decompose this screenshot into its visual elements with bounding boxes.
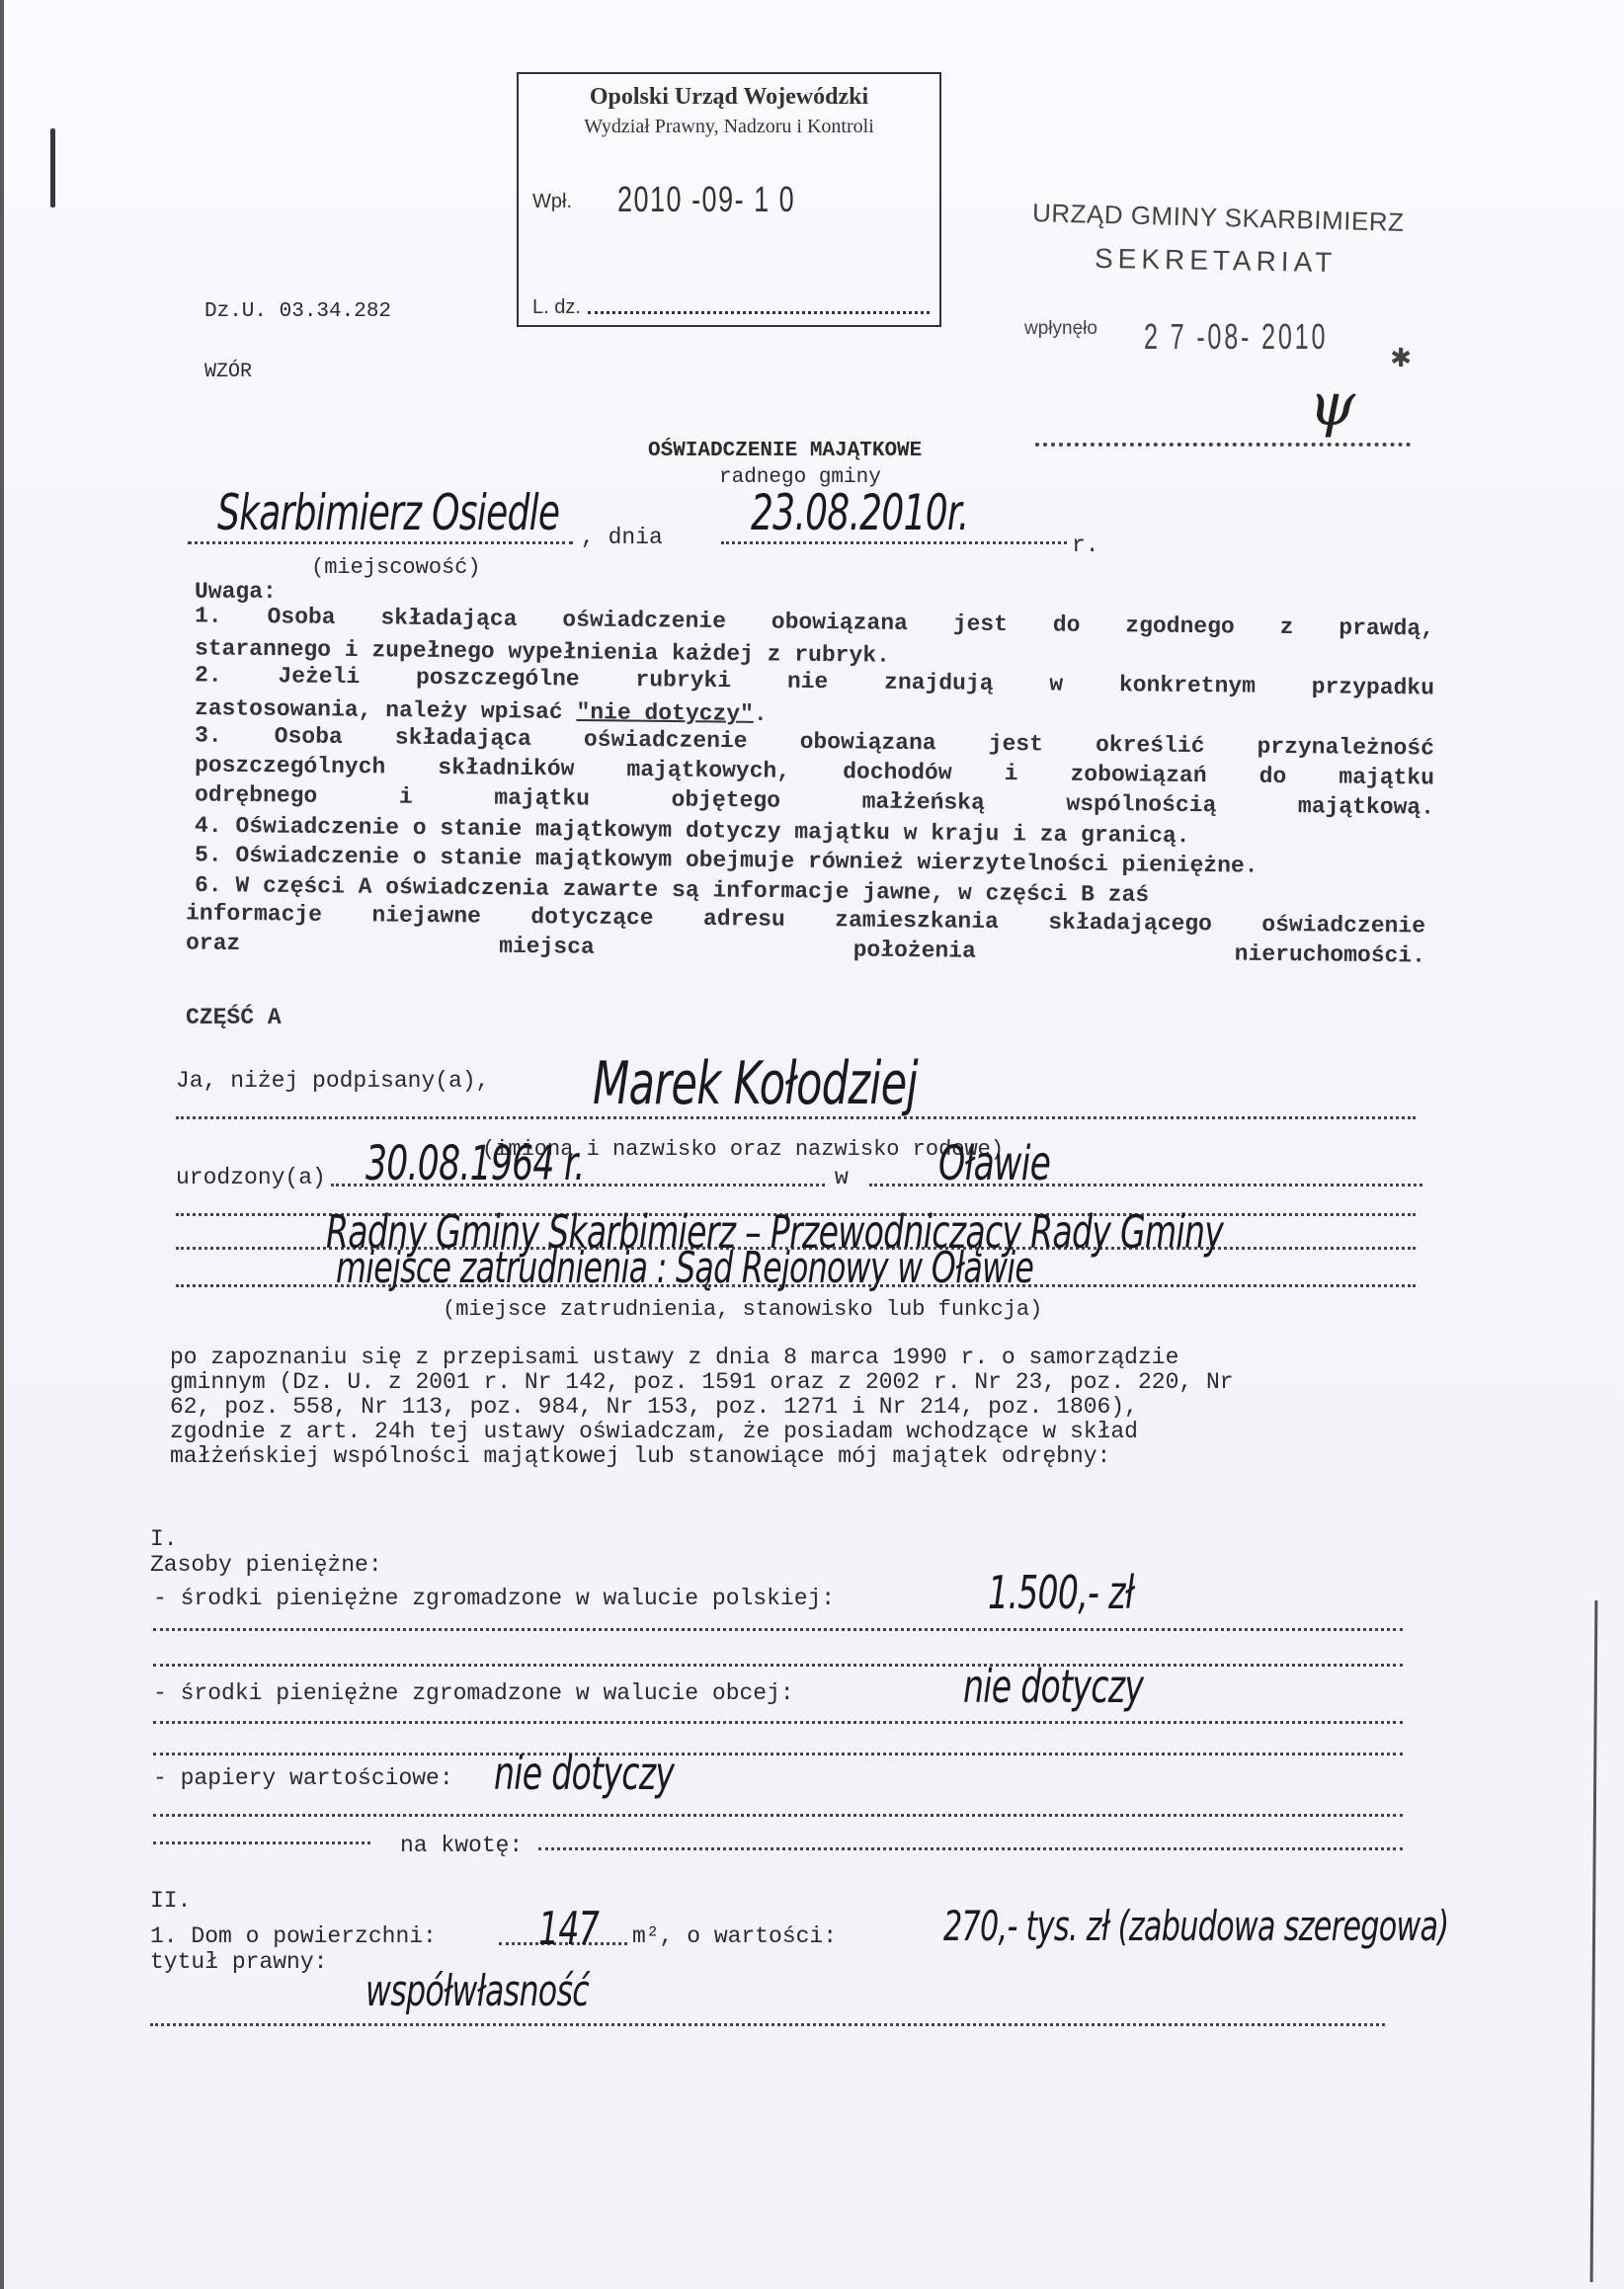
full-name-value: Marek Kołodziej — [593, 1049, 918, 1118]
commune-unit: SEKRETARIAT — [1095, 243, 1338, 279]
pln-line-2 — [153, 1664, 1403, 1667]
born-label: urodzony(a) — [176, 1164, 326, 1191]
part-a-heading: CZĘŚĆ A — [186, 1004, 282, 1031]
foreign-funds-value: nie dotyczy — [963, 1660, 1143, 1713]
declaration-line: zgodnie z art. 24h tej ustawy oświadczam… — [170, 1418, 1138, 1445]
declaration-line: małżeńskiej wspólności majątkowej lub st… — [170, 1442, 1110, 1470]
legal-title-value: współwłasność — [365, 1966, 589, 2016]
house-value: 270,- tys. zł (zabudowa szeregowa) — [943, 1902, 1448, 1950]
stamp-department: Wydział Prawny, Nadzoru i Kontroli — [519, 116, 939, 138]
section-2-numeral: II. — [150, 1887, 191, 1915]
stamp-received-label: Wpł. — [532, 191, 572, 213]
pln-line-1 — [153, 1628, 1403, 1631]
document-title: OŚWIADCZENIE MAJĄTKOWE — [648, 438, 922, 465]
house-area-value: 147 — [538, 1902, 599, 1955]
birth-place-value: Oławie — [938, 1136, 1050, 1191]
commune-received-label: wpłynęło — [1024, 318, 1097, 340]
foreign-line-1 — [153, 1721, 1403, 1724]
born-in-label: w — [835, 1164, 849, 1191]
area-unit-label: m², o wartości: — [632, 1922, 837, 1950]
stamp-reference-field — [588, 311, 930, 314]
securities-label: - papiery wartościowe: — [153, 1764, 453, 1792]
securities-line-1 — [153, 1814, 1403, 1817]
place-value: Skarbimierz Osiedle — [217, 484, 559, 541]
foreign-funds-label: - środki pieniężne zgromadzone w walucie… — [153, 1679, 794, 1707]
pln-funds-label: - środki pieniężne zgromadzone w walucie… — [153, 1585, 835, 1612]
stamp-office: Opolski Urząd Wojewódzki — [519, 84, 939, 111]
birth-date-value: 30.08.1964 r. — [365, 1136, 585, 1191]
declaration-line: po zapoznaniu się z przepisami ustawy z … — [170, 1344, 1178, 1371]
date-value: 23.08.2010r. — [751, 484, 968, 541]
place-caption: (miejscowość) — [311, 554, 481, 582]
stamp-received-date: 2010 -09- 1 0 — [617, 179, 795, 220]
position-value-2: miejsce zatrudnienia : Sąd Rejonowy w Oł… — [336, 1243, 1033, 1293]
securities-line-2 — [153, 1841, 370, 1844]
position-caption: (miejsce zatrudnienia, stanowisko lub fu… — [443, 1296, 1042, 1324]
pln-funds-value: 1.500,- zł — [988, 1566, 1134, 1619]
journal-reference: Dz.U. 03.34.282 — [204, 298, 391, 326]
section-1-numeral: I. — [150, 1525, 178, 1553]
date-year-suffix: r. — [1072, 531, 1099, 559]
amount-field-line — [538, 1847, 1403, 1850]
amount-label: na kwotę: — [400, 1832, 523, 1859]
section-1-heading: Zasoby pieniężne: — [150, 1551, 382, 1579]
securities-value: nie dotyczy — [494, 1747, 674, 1800]
foreign-line-2 — [153, 1753, 1403, 1756]
declaration-line: gminnym (Dz. U. z 2001 r. Nr 142, poz. 1… — [170, 1368, 1234, 1396]
house-area-label: 1. Dom o powierzchni: — [150, 1922, 437, 1950]
place-field-line — [188, 541, 573, 544]
star-icon: ✱ — [1391, 336, 1411, 377]
binder-hole-mark — [50, 128, 55, 207]
date-label: , dnia — [581, 524, 663, 551]
legal-title-line — [150, 2023, 1385, 2026]
legal-title-label: tytuł prawny: — [150, 1948, 327, 1976]
scan-edge — [0, 0, 4, 2289]
note-item: zastosowania, należy wpisać — [195, 695, 563, 725]
clerk-initials: ψ — [1309, 370, 1355, 440]
stamp-reference-label: L. dz. — [532, 296, 581, 319]
voivodeship-received-stamp: Opolski Urząd Wojewódzki Wydział Prawny,… — [517, 72, 941, 327]
template-label: WZÓR — [204, 359, 252, 386]
declaration-line: 62, poz. 558, Nr 113, poz. 984, Nr 153, … — [170, 1393, 1138, 1421]
signed-label: Ja, niżej podpisany(a), — [176, 1067, 489, 1095]
date-field-line — [721, 541, 1067, 544]
commune-received-date: 2 7 -08- 2010 — [1144, 316, 1328, 358]
signature-line — [1035, 443, 1411, 447]
not-applicable-phrase: "nie dotyczy" — [576, 699, 754, 727]
